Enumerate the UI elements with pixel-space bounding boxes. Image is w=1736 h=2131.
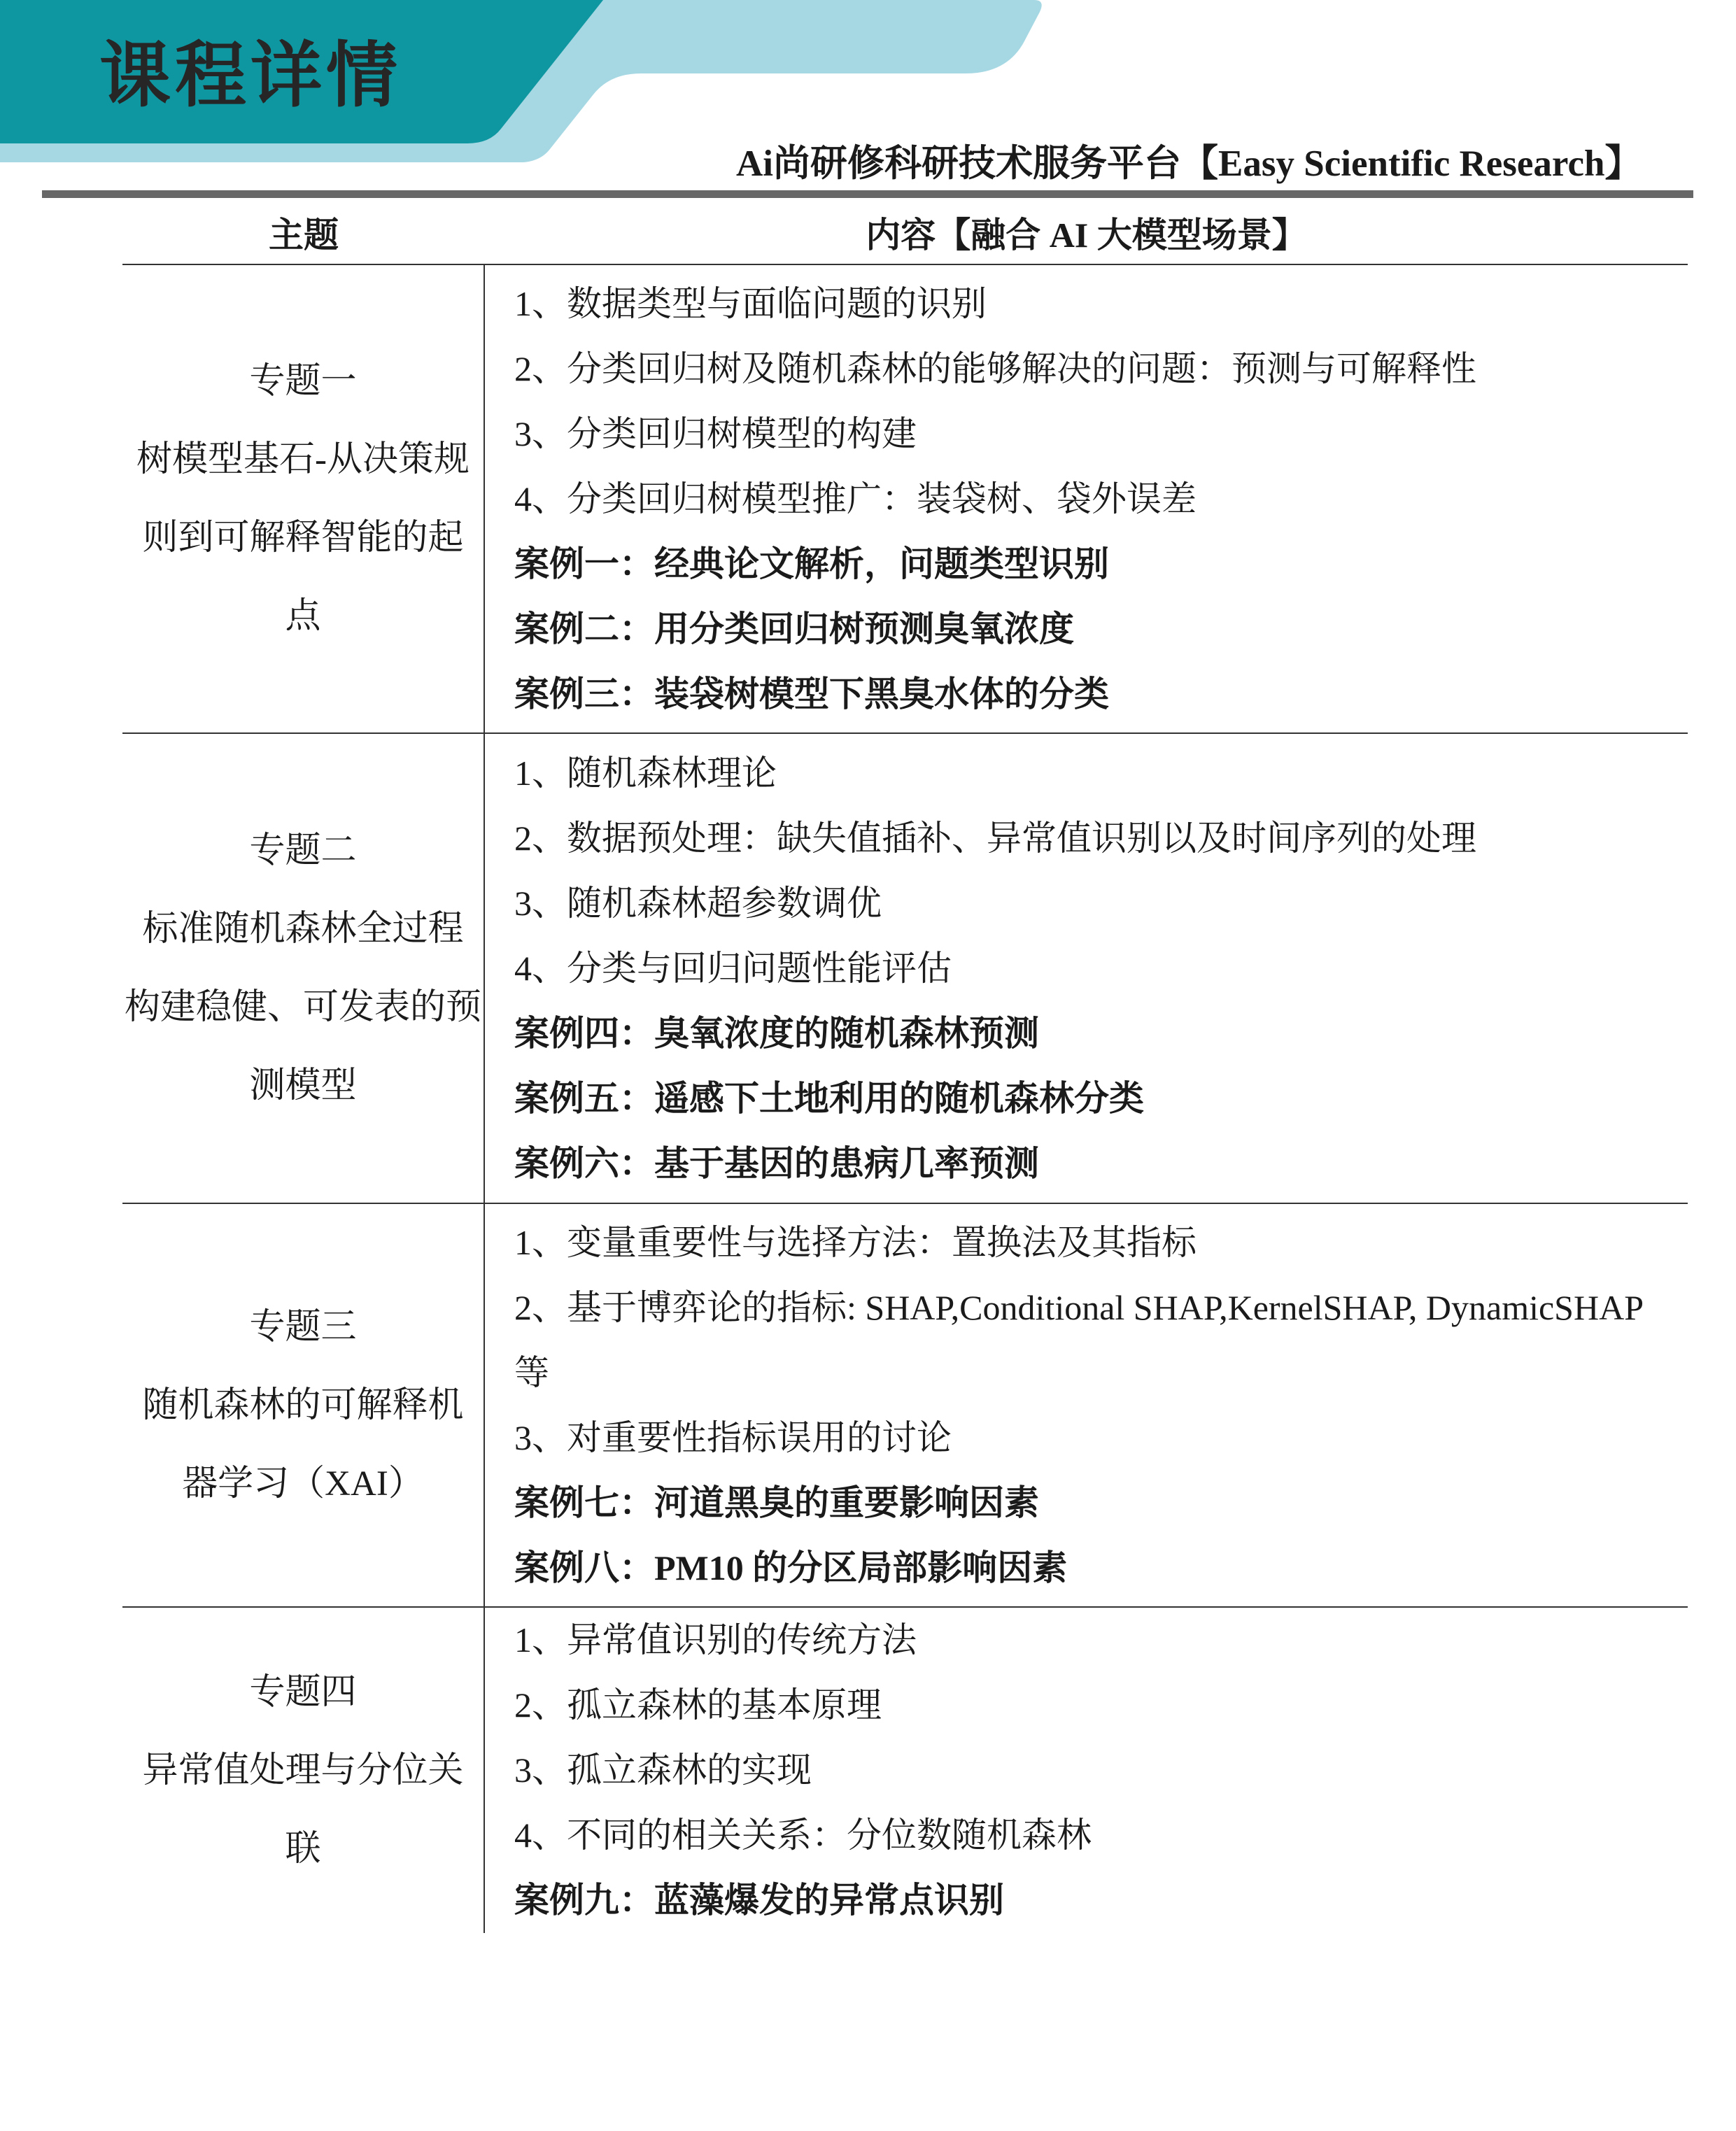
column-header-topic: 主题: [122, 201, 485, 264]
case-item-line: 案例五：遥感下土地利用的随机森林分类: [514, 1066, 1681, 1131]
content-item-line: 3、随机森林超参数调优: [514, 871, 1681, 936]
content-item-line: 4、分类回归树模型推广：装袋树、袋外误差: [514, 467, 1681, 532]
content-item-line: 等: [514, 1340, 1681, 1406]
doc-title: Ai尚研修科研技术服务平台【Easy Scientific Research】: [736, 143, 1642, 185]
case-item-line: 案例一：经典论文解析，问题类型识别: [514, 532, 1681, 597]
topic-line: 随机森林的可解释机: [142, 1366, 463, 1445]
topic-cell: 专题一树模型基石-从决策规则到可解释智能的起点: [122, 265, 485, 732]
header-divider-rule: [42, 190, 1693, 198]
topic-line: 专题二: [249, 812, 356, 890]
case-item-line: 案例二：用分类回归树预测臭氧浓度: [514, 597, 1681, 662]
topic-cell: 专题二标准随机森林全过程构建稳健、可发表的预测模型: [122, 734, 485, 1203]
table-row: 专题一树模型基石-从决策规则到可解释智能的起点 1、数据类型与面临问题的识别2、…: [122, 265, 1688, 734]
content-item-line: 2、基于博弈论的指标: SHAP,Conditional SHAP,Kernel…: [514, 1275, 1681, 1340]
case-item-line: 案例四：臭氧浓度的随机森林预测: [514, 1001, 1681, 1066]
course-details-table: 主题 内容【融合 AI 大模型场景】 专题一树模型基石-从决策规则到可解释智能的…: [122, 201, 1688, 1933]
topic-line: 测模型: [249, 1047, 356, 1125]
topic-line: 专题四: [249, 1653, 356, 1732]
table-header-row: 主题 内容【融合 AI 大模型场景】: [122, 201, 1688, 265]
content-item-line: 1、数据类型与面临问题的识别: [514, 271, 1681, 337]
topic-cell: 专题四异常值处理与分位关联: [122, 1608, 485, 1933]
page-title: 课程详情: [99, 35, 402, 118]
topic-line: 树模型基石-从决策规: [136, 420, 470, 499]
content-item-line: 2、数据预处理：缺失值插补、异常值识别以及时间序列的处理: [514, 806, 1681, 871]
topic-line: 专题三: [249, 1288, 356, 1366]
case-item-line: 案例三：装袋树模型下黑臭水体的分类: [514, 662, 1681, 727]
content-item-line: 1、变量重要性与选择方法：置换法及其指标: [514, 1210, 1681, 1275]
content-cell: 1、随机森林理论2、数据预处理：缺失值插补、异常值识别以及时间序列的处理3、随机…: [485, 734, 1688, 1203]
topic-line: 则到可解释智能的起: [142, 499, 463, 577]
topic-line: 标准随机森林全过程: [142, 890, 463, 968]
content-item-line: 4、分类与回归问题性能评估: [514, 936, 1681, 1001]
topic-line: 联: [285, 1810, 320, 1888]
content-item-line: 3、对重要性指标误用的讨论: [514, 1406, 1681, 1471]
case-item-line: 案例九：蓝藻爆发的异常点识别: [514, 1868, 1681, 1933]
table-row: 专题四异常值处理与分位关联 1、异常值识别的传统方法2、孤立森林的基本原理3、孤…: [122, 1608, 1688, 1933]
content-cell: 1、数据类型与面临问题的识别2、分类回归树及随机森林的能够解决的问题：预测与可解…: [485, 265, 1688, 732]
content-item-line: 1、随机森林理论: [514, 741, 1681, 806]
table-row: 专题二标准随机森林全过程构建稳健、可发表的预测模型 1、随机森林理论2、数据预处…: [122, 734, 1688, 1204]
table-body: 专题一树模型基石-从决策规则到可解释智能的起点 1、数据类型与面临问题的识别2、…: [122, 265, 1688, 1933]
case-item-line: 案例七：河道黑臭的重要影响因素: [514, 1471, 1681, 1536]
case-item-line: 案例八：PM10 的分区局部影响因素: [514, 1536, 1681, 1601]
content-item-line: 4、不同的相关关系：分位数随机森林: [514, 1803, 1681, 1868]
content-item-line: 2、分类回归树及随机森林的能够解决的问题：预测与可解释性: [514, 337, 1681, 402]
content-item-line: 1、异常值识别的传统方法: [514, 1608, 1681, 1673]
table-row: 专题三随机森林的可解释机器学习（XAI） 1、变量重要性与选择方法：置换法及其指…: [122, 1204, 1688, 1608]
topic-line: 专题一: [249, 342, 356, 420]
topic-line: 异常值处理与分位关: [142, 1732, 463, 1810]
topic-cell: 专题三随机森林的可解释机器学习（XAI）: [122, 1204, 485, 1606]
content-item-line: 3、分类回归树模型的构建: [514, 402, 1681, 467]
topic-line: 点: [285, 577, 320, 656]
content-cell: 1、异常值识别的传统方法2、孤立森林的基本原理3、孤立森林的实现4、不同的相关关…: [485, 1608, 1688, 1933]
topic-line: 器学习（XAI）: [182, 1445, 424, 1523]
case-item-line: 案例六：基于基因的患病几率预测: [514, 1131, 1681, 1196]
content-item-line: 3、孤立森林的实现: [514, 1738, 1681, 1803]
content-cell: 1、变量重要性与选择方法：置换法及其指标2、基于博弈论的指标: SHAP,Con…: [485, 1204, 1688, 1606]
content-item-line: 2、孤立森林的基本原理: [514, 1673, 1681, 1738]
topic-line: 构建稳健、可发表的预: [125, 968, 481, 1047]
column-header-content: 内容【融合 AI 大模型场景】: [485, 201, 1688, 264]
